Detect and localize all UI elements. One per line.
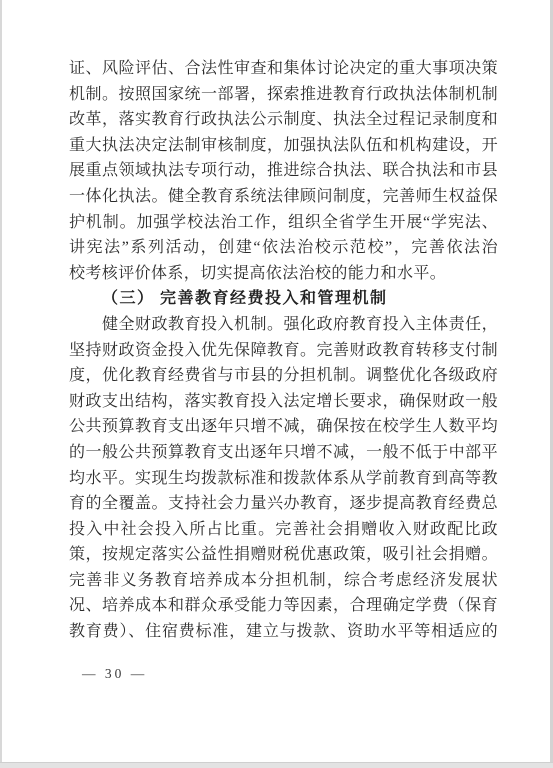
text-line: 重大执法决定法制审核制度，加强执法队伍和机构建设，开 <box>69 133 498 159</box>
text-line: 改革，落实教育行政执法公示制度、执法全过程记录制度和 <box>69 107 498 133</box>
text-line: 策，按规定落实公益性捐赠财税优惠政策，吸引社会捐赠。 <box>69 542 498 568</box>
body-text-block: 证、风险评估、合法性审查和集体讨论决定的重大事项决策 机制。按照国家统一部署，探… <box>69 56 498 645</box>
text-line: 校考核评价体系，切实提高依法治校的能力和水平。 <box>69 261 498 287</box>
text-line: 讲宪法”系列活动，创建“依法治校示范校”，完善依法治 <box>69 235 498 261</box>
text-line: 展重点领域执法专项行动，推进综合执法、联合执法和市县 <box>69 158 498 184</box>
text-line: 投入中社会投入所占比重。完善社会捐赠收入财政配比政 <box>69 517 498 543</box>
text-line: 教育费）、住宿费标准，建立与拨款、资助水平等相适应的 <box>69 619 498 645</box>
scan-edge-left <box>0 0 2 768</box>
page-number: — 30 — <box>82 666 147 682</box>
text-line: 财政支出结构，落实教育投入法定增长要求，确保财政一般 <box>69 389 498 415</box>
text-line: 的一般公共预算教育支出逐年只增不减，一般不低于中部平 <box>69 440 498 466</box>
text-line: 况、培养成本和群众承受能力等因素，合理确定学费（保育 <box>69 593 498 619</box>
scan-edge-bottom <box>0 762 553 768</box>
section-heading: （三） 完善教育经费投入和管理机制 <box>69 286 498 312</box>
text-line: 完善非义务教育培养成本分担机制，综合考虑经济发展状 <box>69 568 498 594</box>
text-line: 护机制。加强学校法治工作，组织全省学生开展“学宪法、 <box>69 210 498 236</box>
text-line: 坚持财政资金投入优先保障教育。完善财政教育转移支付制 <box>69 338 498 364</box>
text-line: 公共预算教育支出逐年只增不减，确保按在校学生人数平均 <box>69 414 498 440</box>
text-line: 育的全覆盖。支持社会力量兴办教育，逐步提高教育经费总 <box>69 491 498 517</box>
text-line: 机制。按照国家统一部署，探索推进教育行政执法体制机制 <box>69 82 498 108</box>
text-line: 度，优化教育经费省与市县的分担机制。调整优化各级政府 <box>69 363 498 389</box>
text-line: 健全财政教育投入机制。强化政府教育投入主体责任， <box>69 312 498 338</box>
document-page: 证、风险评估、合法性审查和集体讨论决定的重大事项决策 机制。按照国家统一部署，探… <box>0 0 553 768</box>
text-line: 一体化执法。健全教育系统法律顾问制度，完善师生权益保 <box>69 184 498 210</box>
text-line: 均水平。实现生均拨款标准和拨款体系从学前教育到高等教 <box>69 466 498 492</box>
text-line: 证、风险评估、合法性审查和集体讨论决定的重大事项决策 <box>69 56 498 82</box>
